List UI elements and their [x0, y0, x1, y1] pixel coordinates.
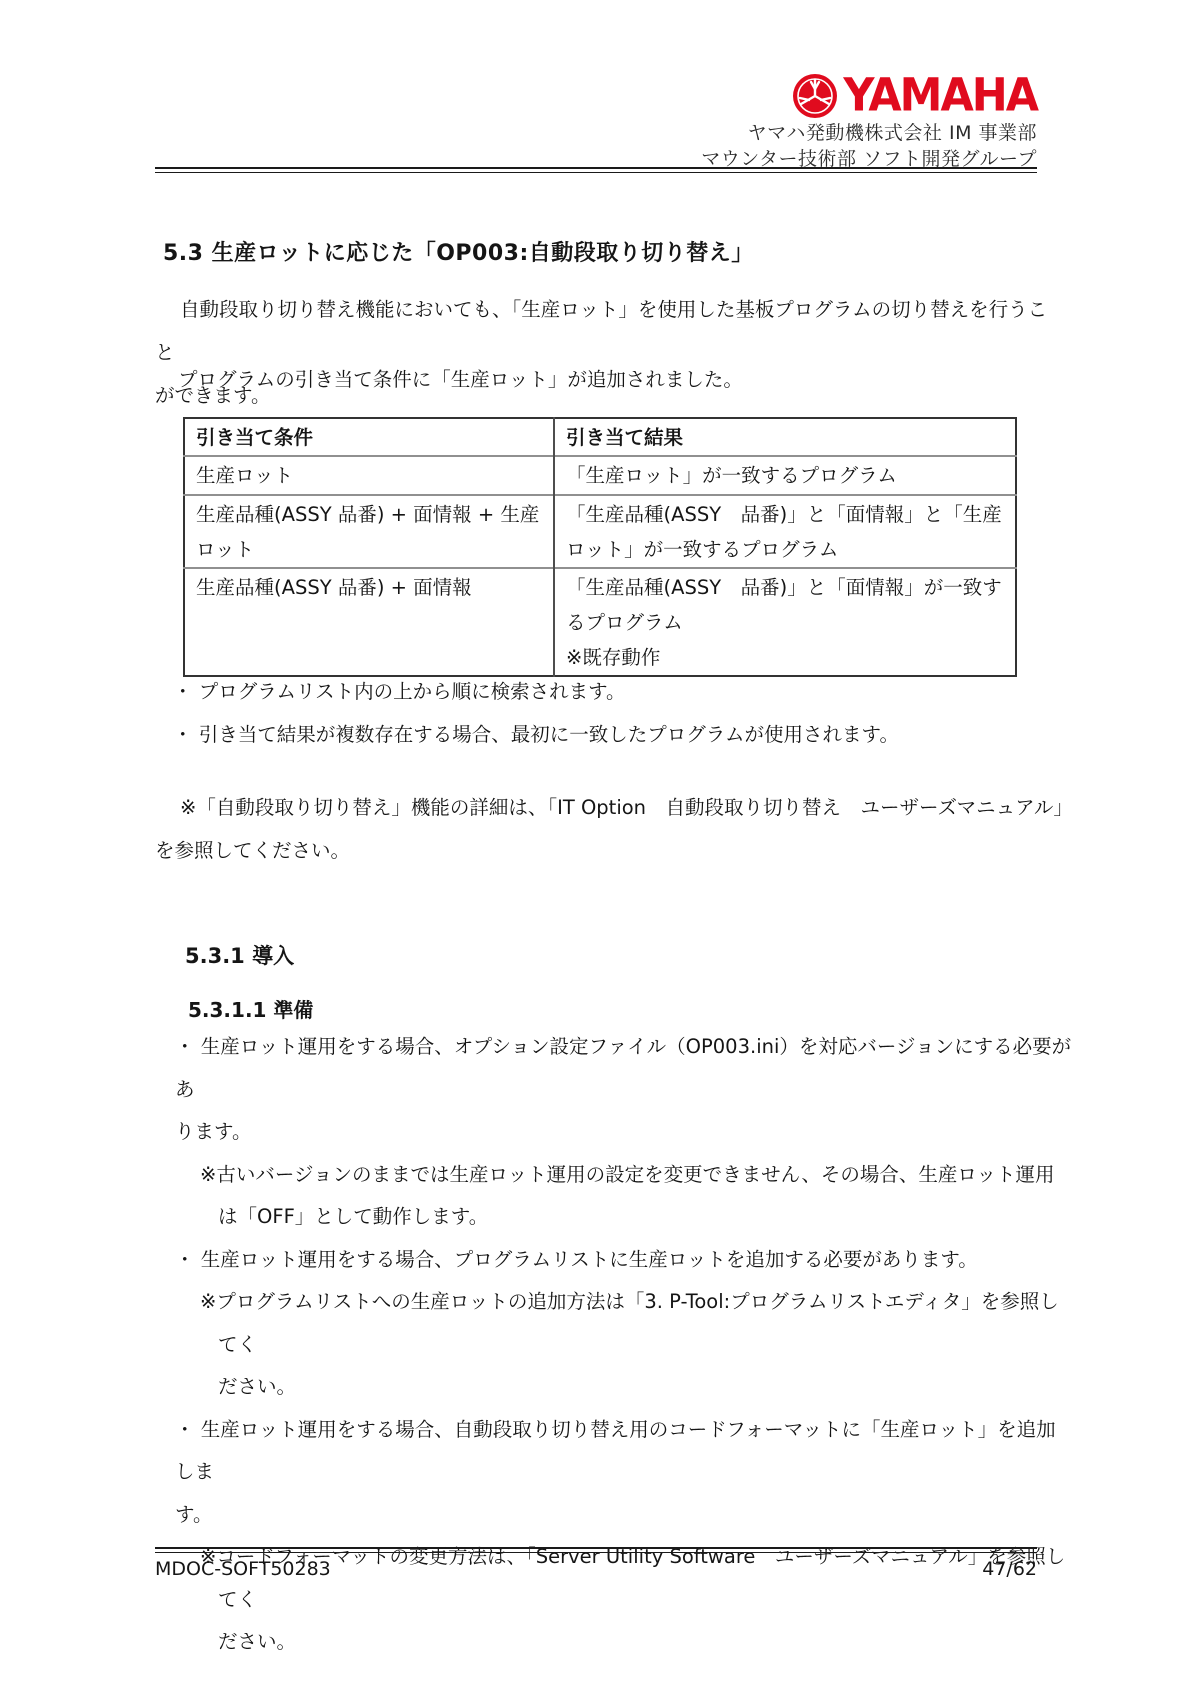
cell-condition: 生産品種(ASSY 品番) + 面情報 + 生産ロット [184, 495, 554, 568]
manual-reference-note: ※「自動段取り切り替え」機能の詳細は、「IT Option 自動段取り切り替え … [155, 786, 1065, 872]
cell-condition: 生産ロット [184, 456, 554, 495]
table-lead-paragraph: プログラムの引き当て条件に「生産ロット」が追加されました。 [155, 358, 1060, 401]
table-header-row: 引き当て条件 引き当て結果 [184, 418, 1016, 456]
table-row: 生産品種(ASSY 品番) + 面情報 「生産品種(ASSY 品番)」と「面情報… [184, 568, 1016, 676]
page-footer: MDOC-SOFT50283 47/62 [155, 1558, 1037, 1580]
list-item: ・ 引き当て結果が複数存在する場合、最初に一致したプログラムが使用されます。 [173, 713, 1073, 756]
table-notes-list: ・ プログラムリスト内の上から順に検索されます。 ・ 引き当て結果が複数存在する… [173, 670, 1073, 756]
assignment-conditions-table: 引き当て条件 引き当て結果 生産ロット 「生産ロット」が一致するプログラム 生産… [183, 417, 1017, 677]
header-cell-condition: 引き当て条件 [184, 418, 554, 456]
list-item: ・ 生産ロット運用をする場合、自動段取り切り替え用のコードフォーマットに「生産ロ… [175, 1409, 1075, 1537]
company-name-line: ヤマハ発動機株式会社 IM 事業部 [701, 120, 1037, 146]
list-item-note: ※プログラムリストへの生産ロットの追加方法は「3. P-Tool:プログラムリス… [200, 1281, 1075, 1409]
list-item-note: ※古いバージョンのままでは生産ロット運用の設定を変更できません、その場合、生産ロ… [200, 1154, 1075, 1239]
table-row: 生産品種(ASSY 品番) + 面情報 + 生産ロット 「生産品種(ASSY 品… [184, 495, 1016, 568]
document-number: MDOC-SOFT50283 [155, 1558, 331, 1580]
manual-note-line-1: ※「自動段取り切り替え」機能の詳細は、「IT Option 自動段取り切り替え … [155, 786, 1065, 829]
subsection-title: 5.3.1 導入 [185, 940, 294, 970]
yamaha-logo: YAMAHA [701, 72, 1037, 120]
cell-result: 「生産品種(ASSY 品番)」と「面情報」と「生産ロット」が一致するプログラム [554, 495, 1016, 568]
page-header: YAMAHA ヤマハ発動機株式会社 IM 事業部 マウンター技術部 ソフト開発グ… [701, 72, 1037, 172]
cell-result: 「生産ロット」が一致するプログラム [554, 456, 1016, 495]
table-row: 生産ロット 「生産ロット」が一致するプログラム [184, 456, 1016, 495]
list-item: ・ プログラムリスト内の上から順に検索されます。 [173, 670, 1073, 713]
subsubsection-title: 5.3.1.1 準備 [188, 994, 313, 1023]
list-item: ・ 生産ロット運用をする場合、プログラムリストに生産ロットを追加する必要がありま… [175, 1239, 1075, 1282]
cell-result: 「生産品種(ASSY 品番)」と「面情報」が一致するプログラム ※既存動作 [554, 568, 1016, 676]
yamaha-tuning-fork-icon [792, 73, 838, 119]
cell-condition: 生産品種(ASSY 品番) + 面情報 [184, 568, 554, 676]
header-divider [155, 167, 1037, 173]
section-title: 5.3 生産ロットに応じた「OP003:自動段取り切り替え」 [163, 236, 754, 267]
cell-result-text: 「生産品種(ASSY 品番)」と「面情報」が一致するプログラム [566, 570, 1004, 640]
yamaha-wordmark: YAMAHA [843, 72, 1037, 120]
footer-divider [155, 1547, 1037, 1553]
manual-note-line-2: を参照してください。 [155, 839, 350, 862]
header-cell-result: 引き当て結果 [554, 418, 1016, 456]
page-number: 47/62 [982, 1558, 1037, 1580]
list-item: ・ 生産ロット運用をする場合、オプション設定ファイル（OP003.ini）を対応… [175, 1026, 1075, 1154]
document-page: YAMAHA ヤマハ発動機株式会社 IM 事業部 マウンター技術部 ソフト開発グ… [0, 0, 1191, 1684]
list-item-note: ※コードフォーマットの変更方法は、「Server Utility Softwar… [200, 1536, 1075, 1664]
